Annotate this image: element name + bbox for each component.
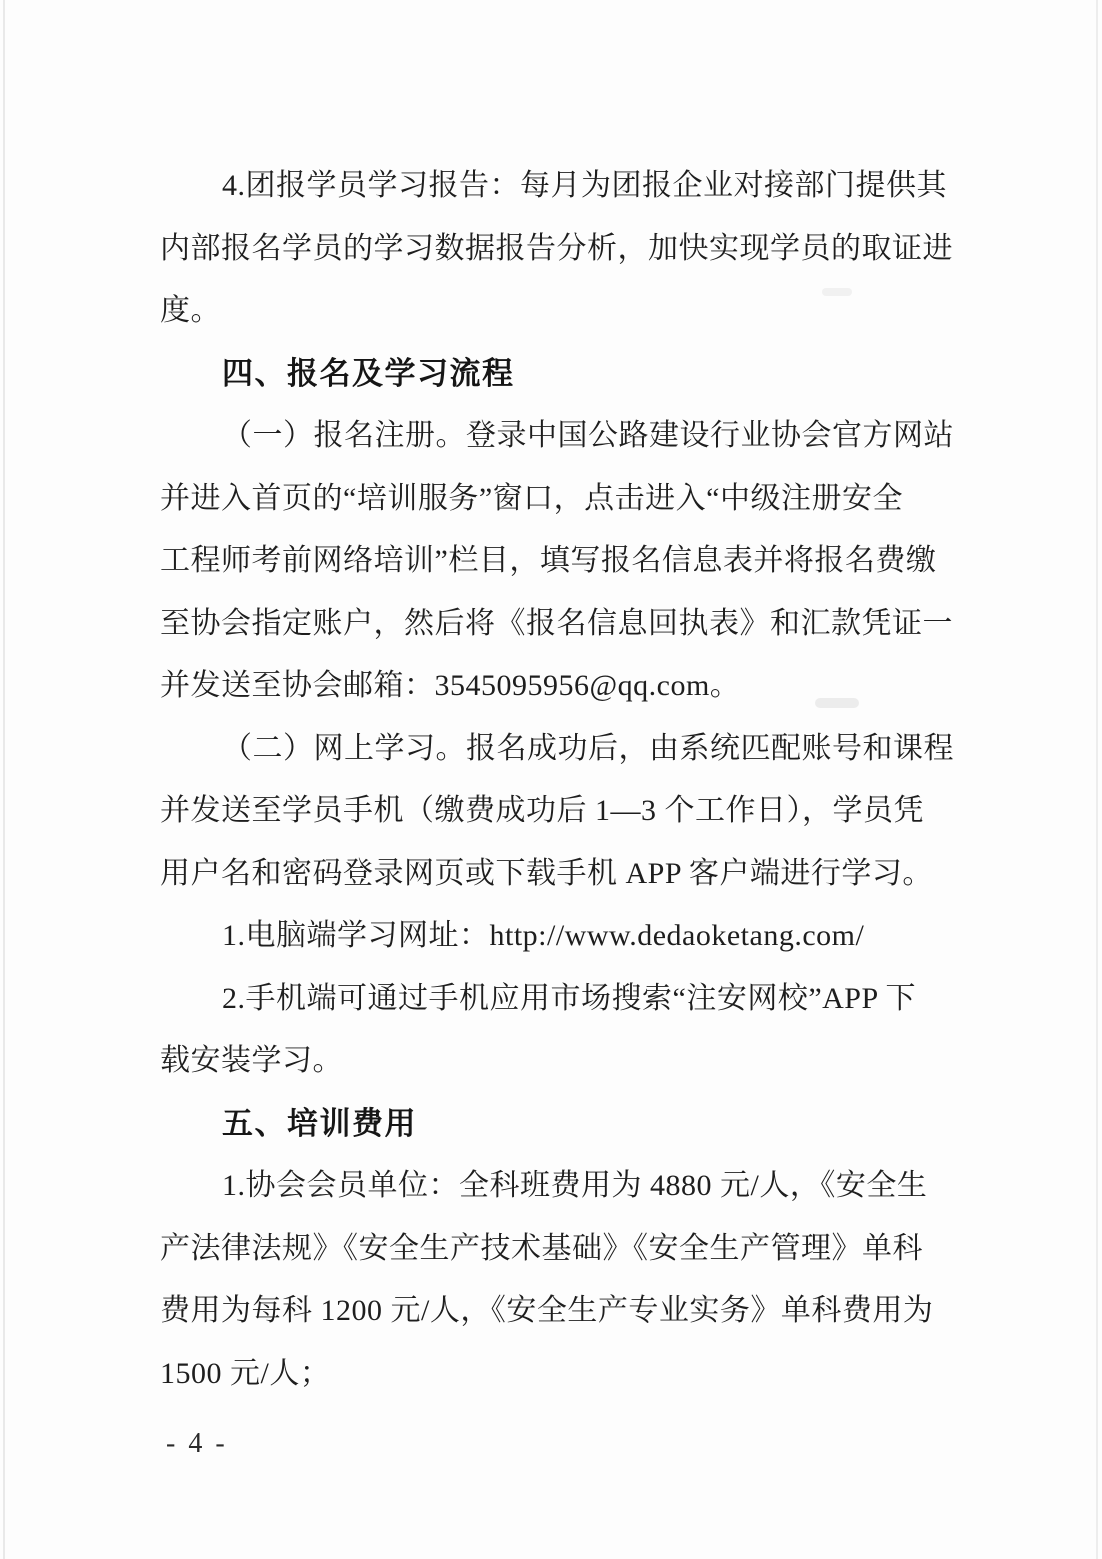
text-line: 度。 [160,280,960,343]
scan-edge-right [1096,0,1098,1559]
text-line: 并发送至协会邮箱：3545095956@qq.com。 [160,655,960,718]
text-line: 载安装学习。 [160,1030,960,1093]
section-heading-4: 四、报名及学习流程 [160,343,960,406]
text-line: 产法律法规》《安全生产技术基础》《安全生产管理》单科 [160,1218,960,1281]
text-line: 并进入首页的“培训服务”窗口，点击进入“中级注册安全 [160,468,960,531]
text-line: 1.协会会员单位：全科班费用为 4880 元/人，《安全生 [160,1155,960,1218]
text-line: 1500 元/人； [160,1343,960,1406]
text-line: 并发送至学员手机（缴费成功后 1—3 个工作日），学员凭 [160,780,960,843]
text-line: （二）网上学习。报名成功后，由系统匹配账号和课程 [160,718,960,781]
text-line: （一）报名注册。登录中国公路建设行业协会官方网站 [160,405,960,468]
text-line: 内部报名学员的学习数据报告分析，加快实现学员的取证进 [160,218,960,281]
text-line: 2.手机端可通过手机应用市场搜索“注安网校”APP 下 [160,968,960,1031]
document-body: 4.团报学员学习报告：每月为团报企业对接部门提供其 内部报名学员的学习数据报告分… [160,155,960,1405]
text-line: 4.团报学员学习报告：每月为团报企业对接部门提供其 [160,155,960,218]
section-heading-5: 五、培训费用 [160,1093,960,1156]
text-line: 费用为每科 1200 元/人，《安全生产专业实务》单科费用为 [160,1280,960,1343]
scanned-document-page: 4.团报学员学习报告：每月为团报企业对接部门提供其 内部报名学员的学习数据报告分… [0,0,1102,1559]
text-line: 1.电脑端学习网址：http://www.dedaoketang.com/ [160,905,960,968]
text-line: 工程师考前网络培训”栏目，填写报名信息表并将报名费缴 [160,530,960,593]
page-number: - 4 - [166,1428,228,1460]
scan-edge-left [3,0,5,1559]
text-line: 至协会指定账户，然后将《报名信息回执表》和汇款凭证一 [160,593,960,656]
text-line: 用户名和密码登录网页或下载手机 APP 客户端进行学习。 [160,843,960,906]
